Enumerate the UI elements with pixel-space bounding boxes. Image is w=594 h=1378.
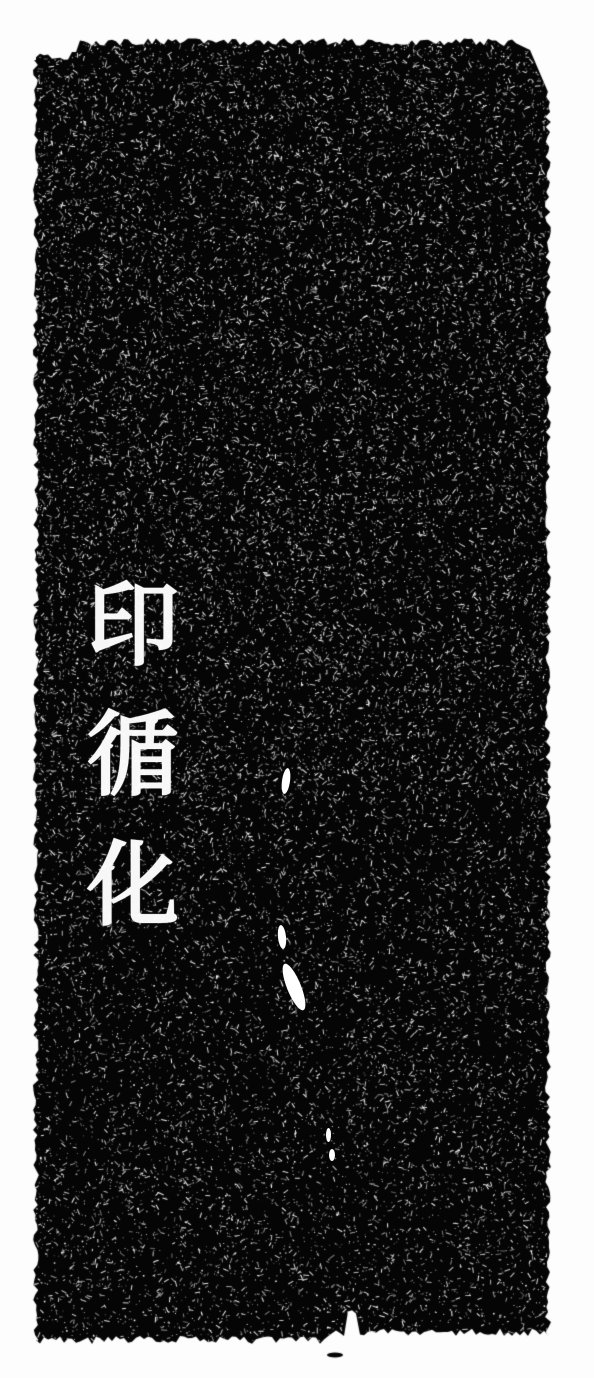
stray-stroke — [326, 1128, 331, 1142]
ink-rubbing — [0, 0, 594, 1378]
stray-stroke — [329, 1149, 335, 1161]
